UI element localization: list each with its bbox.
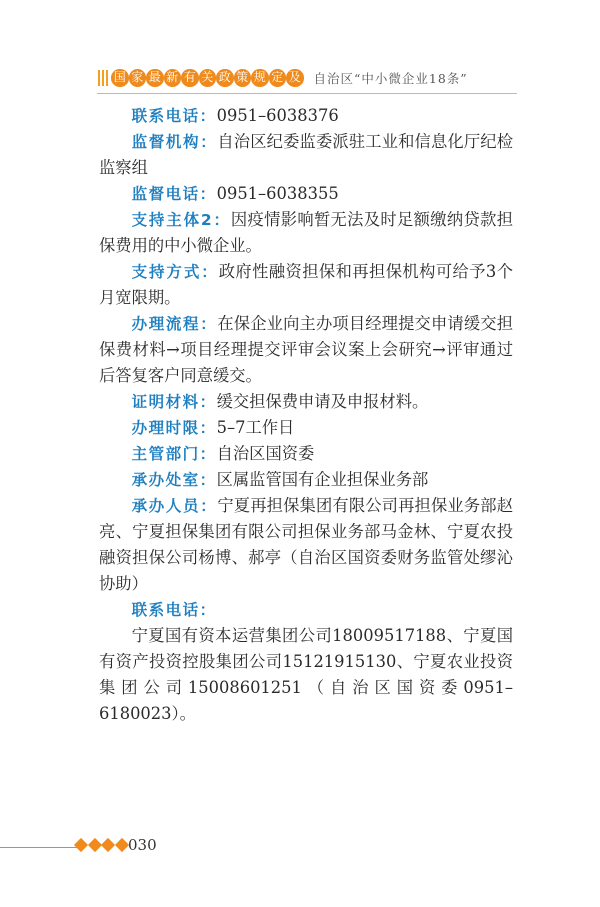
entry-label: 承办处室： (132, 471, 217, 489)
entry-time-limit: 办理时限：5–7工作日 (99, 415, 513, 441)
header-circle-char: 国 (111, 69, 129, 87)
header-circle-char: 政 (216, 69, 234, 87)
entry-label: 监督电话： (132, 185, 217, 203)
header-circle-char: 策 (234, 69, 252, 87)
footer-rule (0, 847, 78, 848)
header-circle-char: 及 (286, 69, 304, 87)
header-circle-char: 家 (129, 69, 147, 87)
entry-label: 监督机构： (132, 133, 218, 151)
header-subtitle: 自治区“中小微企业18条” (314, 69, 468, 87)
footer-diamonds-decoration (76, 840, 130, 850)
diamond-icon (101, 838, 115, 852)
header-circle-char: 新 (164, 69, 182, 87)
entry-department: 主管部门：自治区国资委 (99, 441, 513, 467)
entry-supervisory-body: 监督机构：自治区纪委监委派驻工业和信息化厅纪检监察组 (99, 129, 513, 181)
page-body: 联系电话：0951–6038376 监督机构：自治区纪委监委派驻工业和信息化厅纪… (99, 103, 513, 727)
contact-paragraph: 宁夏国有资本运营集团公司18009517188、宁夏国有资产投资控股集团公司15… (99, 623, 513, 727)
entry-value: 0951–6038355 (217, 184, 339, 203)
entry-value: 0951–6038376 (217, 106, 339, 125)
entry-staff: 承办人员：宁夏再担保集团有限公司再担保业务部赵亮、宁夏担保集团有限公司担保业务部… (99, 493, 513, 597)
entry-label: 办理时限： (132, 419, 217, 437)
entry-label: 联系电话： (132, 601, 217, 619)
header-circle-char: 最 (146, 69, 164, 87)
entry-office: 承办处室：区属监管国有企业担保业务部 (99, 467, 513, 493)
header-circle-char: 规 (251, 69, 269, 87)
running-header: 国 家 最 新 有 关 政 策 规 定 及 自治区“中小微企业18条” (98, 66, 518, 90)
entry-value: 区属监管国有企业担保业务部 (217, 470, 429, 489)
header-circle-title: 国 家 最 新 有 关 政 策 规 定 及 (111, 69, 304, 87)
entry-label: 主管部门： (132, 445, 217, 463)
entry-label: 支持方式： (132, 263, 219, 281)
entry-contact-phone: 联系电话：0951–6038376 (99, 103, 513, 129)
entry-value: 缓交担保费申请及申报材料。 (217, 392, 429, 411)
entry-label: 办理流程： (132, 315, 218, 333)
diamond-icon (87, 838, 101, 852)
header-circle-char: 定 (269, 69, 287, 87)
entry-value: 自治区国资委 (217, 444, 315, 463)
entry-label: 承办人员： (132, 497, 218, 515)
diamond-icon (114, 838, 128, 852)
entry-label: 证明材料： (132, 393, 217, 411)
entry-process: 办理流程：在保企业向主办项目经理提交申请缓交担保费材料→项目经理提交评审会议案上… (99, 311, 513, 389)
entry-contact-phone-2: 联系电话： (99, 597, 513, 623)
header-circle-char: 关 (199, 69, 217, 87)
entry-support-subject: 支持主体2：因疫情影响暂无法及时足额缴纳贷款担保费用的中小微企业。 (99, 207, 513, 259)
entry-label: 支持主体2： (132, 211, 231, 229)
entry-support-method: 支持方式：政府性融资担保和再担保机构可给予3个月宽限期。 (99, 259, 513, 311)
entry-supervisory-phone: 监督电话：0951–6038355 (99, 181, 513, 207)
entry-proof-materials: 证明材料：缓交担保费申请及申报材料。 (99, 389, 513, 415)
entry-value: 5–7工作日 (217, 418, 295, 437)
header-bars-decoration (98, 70, 108, 86)
header-circle-char: 有 (181, 69, 199, 87)
diamond-icon (74, 838, 88, 852)
entry-label: 联系电话： (132, 107, 217, 125)
header-divider (97, 93, 517, 94)
page-number: 030 (128, 836, 157, 854)
